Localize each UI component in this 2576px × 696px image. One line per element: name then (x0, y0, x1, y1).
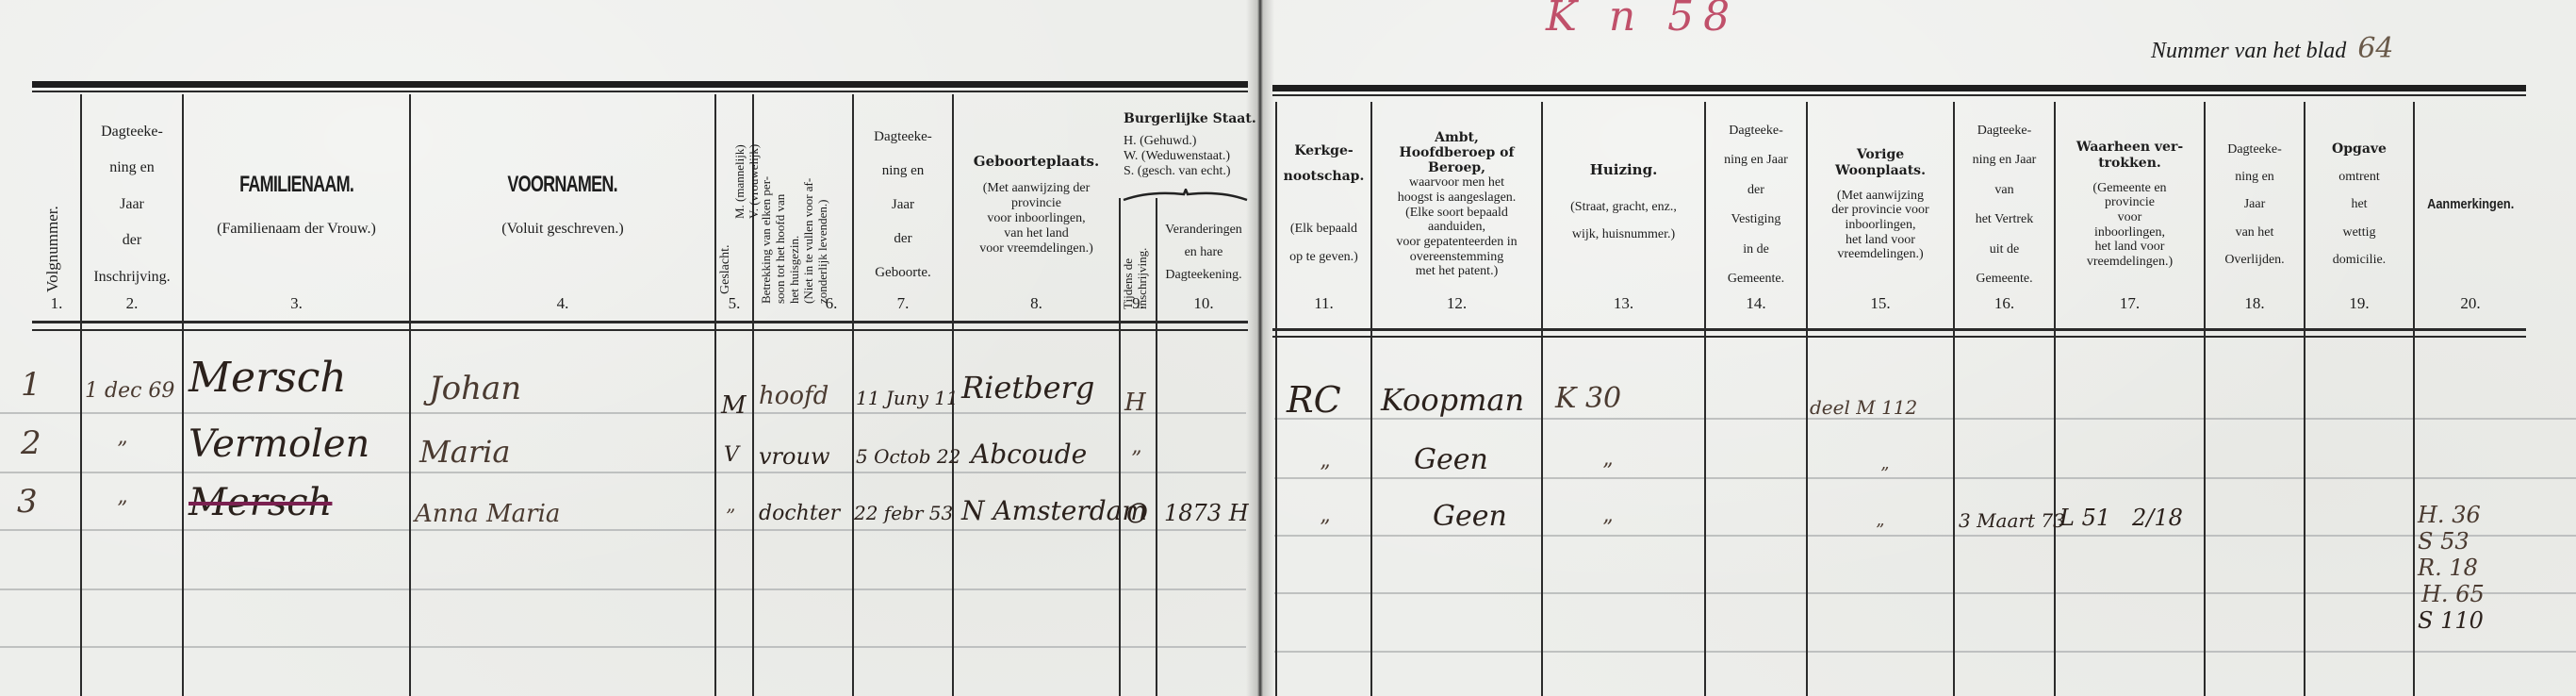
col4-header: VOORNAMEN. (Voluit geschreven.) (411, 91, 714, 318)
hdr-line: (Straat, gracht, enz., (1570, 193, 1677, 221)
col3-subtitle: (Familienaam der Vrouw.) (217, 220, 376, 238)
hdr-line: Waarheen ver- (2076, 140, 2183, 156)
col12-number: 12. (1372, 294, 1541, 313)
hdr-line: voor vreemdelingen.) (979, 241, 1093, 257)
col9-number: 9. (1121, 294, 1156, 313)
hdr-line: Opgave (2332, 136, 2387, 163)
hdr-line: Dagteeke- (93, 114, 170, 150)
col6-header: Betrekking van elken per- soon tot het h… (760, 106, 830, 304)
header-rule-left-2 (32, 329, 1248, 331)
hdr-line: voor inboorlingen, (979, 211, 1093, 226)
hdr-line: Geboorte. (874, 256, 932, 290)
entry-vorige-woonplaats: ” (1876, 521, 1884, 540)
entry-voornamen: Maria (419, 434, 510, 470)
legend-h: H. (Gehuwd.) (1124, 134, 1251, 149)
hdr-line: provincie (979, 196, 1093, 211)
hdr-line: hoogst is aangeslagen. (1396, 191, 1517, 206)
hdr-line: Dagteeke- (874, 120, 932, 154)
aanmerking: R. 18 (2418, 555, 2484, 581)
col18-number: 18. (2206, 294, 2304, 313)
hdr-line: Hoofdberoep of (1399, 145, 1514, 160)
hdr-line: omtrent (2332, 163, 2387, 191)
hdr-line: Geslacht. (718, 106, 733, 294)
hdr-line: het land voor (2087, 240, 2173, 255)
hdr-line: op te geven.) (1289, 243, 1358, 271)
col13-title: Huizing. (1590, 161, 1658, 178)
col19-header: Opgave omtrent het wettig domicilie. (2305, 91, 2413, 318)
entry-geboorteplaats: Abcoude (971, 439, 1087, 470)
col-divider (714, 94, 716, 696)
row-line (1274, 592, 2576, 594)
sheet-number-label: Nummer van het blad 64 (2151, 32, 2394, 65)
entry-geslacht: ” (726, 505, 735, 527)
row-line (0, 529, 1246, 531)
hdr-line: Dagteeke- (1973, 116, 2037, 146)
aanmerking: H. 65 (2421, 581, 2487, 607)
col5-header: Geslacht. (718, 106, 733, 294)
entry-burgerlijke-staat: ” (1131, 448, 1141, 472)
top-rule-left (32, 81, 1248, 88)
hdr-line: wijk, huisnummer.) (1570, 221, 1677, 248)
aanmerking: S 110 (2418, 607, 2484, 634)
hdr-line: Dagteeke- (2224, 136, 2284, 163)
col3-number: 3. (184, 294, 409, 313)
row-line (0, 472, 1246, 473)
col8-header: Geboorteplaats. (Met aanwijzing der prov… (954, 91, 1119, 318)
hdr-line: (Gemeente en (2087, 181, 2173, 196)
hdr-line: der (1724, 175, 1788, 206)
hdr-line: ning en (93, 150, 170, 186)
book-gutter (1246, 0, 1274, 696)
col7-header: Dagteeke- ning en Jaar der Geboorte. (854, 91, 952, 318)
sheet-label-text: Nummer van het blad (2151, 39, 2346, 63)
hdr-line: voor (2087, 210, 2173, 225)
brace-icon (1122, 189, 1249, 202)
col17-header: Waarheen ver- trokken. (Gemeente en prov… (2056, 91, 2204, 318)
hdr-line: ning en (2224, 163, 2284, 191)
entry-kerkgenootschap: RC (1287, 379, 1341, 421)
col16-number: 16. (1955, 294, 2054, 313)
col20-title: Aanmerkingen. (2427, 196, 2514, 213)
legend-w: W. (Weduwenstaat.) (1124, 149, 1251, 164)
hdr-line: (Met aanwijzing (1831, 189, 1928, 204)
hdr-line: Gemeente. (1724, 264, 1788, 294)
aanmerking: S 53 (2418, 528, 2484, 555)
col20-header: Aanmerkingen. (2415, 91, 2526, 318)
hdr-line: Jaar (2224, 191, 2284, 218)
hdr-line: Dagteekening. (1157, 264, 1250, 287)
hdr-line: Vorige (1835, 147, 1926, 163)
col14-number: 14. (1706, 294, 1806, 313)
row-line (1274, 418, 2576, 420)
col20-number: 20. (2415, 294, 2526, 313)
hdr-line: het Vertrek (1973, 205, 2037, 235)
col13-number: 13. (1543, 294, 1704, 313)
col4-number: 4. (411, 294, 714, 313)
entry-veranderingen: 1873 H (1164, 500, 1249, 526)
hdr-line: domicilie. (2332, 246, 2387, 273)
hdr-line: der provincie voor (1831, 203, 1928, 218)
hdr-line: het (2332, 191, 2387, 218)
hdr-line: van het land (979, 226, 1093, 241)
hdr-line: der (93, 223, 170, 258)
hdr-line: nootschap. (1284, 164, 1365, 190)
col15-header: Vorige Woonplaats. (Met aanwijzing der p… (1808, 91, 1953, 318)
header-rule-left (32, 321, 1248, 323)
sheet-number: 64 (2357, 32, 2393, 65)
entry-beroep: Koopman (1381, 382, 1524, 418)
col5-number: 5. (716, 294, 752, 313)
row-line (1274, 477, 2576, 479)
col4-title: VOORNAMEN. (508, 172, 618, 199)
hdr-line: trokken. (2076, 156, 2183, 172)
entry-voornamen: Johan (429, 370, 521, 407)
hdr-line: Jaar (93, 187, 170, 223)
entry-familienaam-struck: Mersch (189, 481, 332, 524)
aanmerking: H. 36 (2418, 502, 2484, 528)
hdr-line: in de (1724, 235, 1788, 265)
hdr-line: het huisgezin. (788, 106, 802, 304)
entry-familienaam: Vermolen (189, 423, 369, 466)
row-line (0, 588, 1246, 590)
hdr-line: waarvoor men het (1396, 175, 1517, 191)
col4-subtitle: (Voluit geschreven.) (501, 220, 623, 238)
entry-inschrijving: ” (117, 439, 127, 462)
hdr-line: (Met aanwijzing der (979, 181, 1093, 196)
hdr-line: Inschrijving. (93, 259, 170, 295)
entry-betrekking: dochter (759, 502, 840, 525)
hdr-line: zonderlijk levenden.) (816, 106, 830, 304)
col3-title: FAMILIENAAM. (239, 172, 353, 199)
hdr-line: wettig (2332, 219, 2387, 246)
col10-number: 10. (1157, 294, 1250, 313)
entry-familienaam: Mersch (189, 354, 347, 402)
row-line (0, 412, 1246, 414)
entry-beroep: Geen (1414, 443, 1488, 476)
entry-kerkgenootschap: ” (1320, 462, 1330, 486)
entry-vorige-woonplaats: deel M 112 (1810, 396, 1917, 419)
entry-geboortedatum: 11 Juny 11 (856, 387, 959, 409)
col6-number: 6. (811, 294, 852, 313)
hdr-line: ning en Jaar (1724, 145, 1788, 175)
col11-number: 11. (1277, 294, 1370, 313)
hdr-line: met het patent.) (1396, 264, 1517, 279)
civil-status-group-header: Burgerlijke Staat. H. (Gehuwd.) W. (Wedu… (1124, 111, 1251, 179)
hdr-line: Vestiging (1724, 205, 1788, 235)
entry-huizing: K 30 (1555, 382, 1621, 415)
entry-betrekking: vrouw (759, 443, 829, 470)
col19-number: 19. (2305, 294, 2413, 313)
col5-options: M. (mannelijk) V. (vrouwelijk) (733, 106, 762, 219)
col14-header: Dagteeke- ning en Jaar der Vestiging in … (1706, 91, 1806, 318)
hdr-line: Jaar (874, 188, 932, 222)
red-annotation: K n 58 (1546, 0, 1739, 41)
entry-volgnummer: 3 (17, 483, 38, 521)
entry-waarheen: L 51 2/18 (2059, 505, 2183, 531)
hdr-line: Gemeente. (1973, 264, 2037, 294)
hdr-line: vreemdelingen.) (2087, 255, 2173, 270)
col13-header: Huizing. (Straat, gracht, enz., wijk, hu… (1543, 91, 1704, 318)
row-line (1274, 651, 2576, 653)
col2-header: Dagteeke- ning en Jaar der Inschrijving. (82, 91, 182, 318)
entry-geboortedatum: 5 Octob 22 (856, 445, 960, 468)
entry-voornamen: Anna Maria (415, 500, 560, 528)
hdr-line: Woonplaats. (1835, 163, 1926, 179)
hdr-line: provincie (2087, 195, 2173, 210)
hdr-line: Betrekking van elken per- (760, 106, 774, 304)
col8-number: 8. (954, 294, 1119, 313)
hdr-line: (Elk bepaald (1289, 215, 1358, 242)
entry-geboortedatum: 22 febr 53 (854, 502, 953, 524)
hdr-line: Overlijden. (2224, 246, 2284, 273)
entry-burgerlijke-staat: H (1124, 389, 1146, 417)
hdr-line: Ambt, (1399, 130, 1514, 145)
col8-title: Geboorteplaats. (974, 153, 1099, 170)
entry-volgnummer: 2 (21, 424, 41, 462)
hdr-line: en hare (1157, 241, 1250, 264)
entry-betrekking: hoofd (759, 382, 829, 410)
entry-inschrijving: ” (117, 498, 127, 522)
entry-huizing: ” (1602, 460, 1613, 484)
col1-number: 1. (38, 294, 75, 313)
hdr-line: ning en (874, 154, 932, 188)
entry-volgnummer: 1 (21, 366, 41, 404)
col16-header: Dagteeke- ning en Jaar van het Vertrek u… (1955, 91, 2054, 318)
entry-inschrijving: 1 dec 69 (85, 379, 174, 403)
entry-vertrek: 3 Maart 73 (1959, 509, 2065, 532)
col7-number: 7. (854, 294, 952, 313)
col2-number: 2. (82, 294, 182, 313)
hdr-line: (Elke soort bepaald (1396, 206, 1517, 221)
hdr-line: Beroep, (1399, 160, 1514, 175)
top-rule-right (1272, 85, 2526, 91)
col18-header: Dagteeke- ning en Jaar van het Overlijde… (2206, 91, 2304, 318)
header-rule-right-2 (1272, 336, 2526, 338)
hdr-line: van het (2224, 219, 2284, 246)
row-line (1274, 535, 2576, 537)
hdr-line: Veranderingen (1157, 219, 1250, 241)
entry-burgerlijke-staat: O (1126, 498, 1148, 529)
header-rule-right (1272, 328, 2526, 331)
entry-huizing: ” (1602, 517, 1613, 540)
entry-geslacht: V (724, 443, 739, 467)
hdr-line: inboorlingen, (1831, 218, 1928, 233)
hdr-line: het land voor (1831, 233, 1928, 248)
hdr-line: soon tot het hoofd van (774, 106, 788, 304)
hdr-line: Dagteeke- (1724, 116, 1788, 146)
entry-geboorteplaats: Rietberg (961, 370, 1094, 406)
row-line (0, 646, 1246, 648)
group-title: Burgerlijke Staat. (1124, 111, 1251, 126)
hdr-line: ning en Jaar (1973, 145, 2037, 175)
col17-number: 17. (2056, 294, 2204, 313)
entry-vorige-woonplaats: ” (1880, 464, 1889, 484)
hdr-line: van (1973, 175, 2037, 206)
hdr-line: inboorlingen, (2087, 225, 2173, 240)
col12-header: Ambt, Hoofdberoep of Beroep, waarvoor me… (1372, 91, 1541, 318)
col10-header: Veranderingen en hare Dagteekening. (1157, 219, 1250, 286)
hdr-line: M. (mannelijk) (733, 106, 747, 219)
col3-header: FAMILIENAAM. (Familienaam der Vrouw.) (184, 91, 409, 318)
hdr-line: aanduiden, (1396, 220, 1517, 235)
entry-beroep: Geen (1433, 500, 1507, 533)
hdr-line: vreemdelingen.) (1831, 247, 1928, 262)
legend-s: S. (gesch. van echt.) (1124, 164, 1251, 179)
col11-header: Kerkge- nootschap. (Elk bepaald op te ge… (1277, 91, 1370, 318)
col1-header: Volgnummer. (43, 151, 62, 292)
entry-kerkgenootschap: ” (1320, 517, 1330, 540)
col15-number: 15. (1808, 294, 1953, 313)
hdr-line: (Niet in te vullen voor af- (802, 106, 816, 304)
aanmerkingen-list: H. 36 S 53 R. 18 H. 65 S 110 (2418, 502, 2484, 634)
hdr-line: uit de (1973, 235, 2037, 265)
hdr-line: voor gepatenteerden in (1396, 235, 1517, 250)
hdr-line: overeenstemming (1396, 250, 1517, 265)
entry-geslacht: M (721, 391, 747, 420)
entry-geboorteplaats: N Amsterdam (961, 495, 1147, 526)
hdr-line: der (874, 222, 932, 256)
hdr-line: Kerkge- (1284, 139, 1365, 164)
